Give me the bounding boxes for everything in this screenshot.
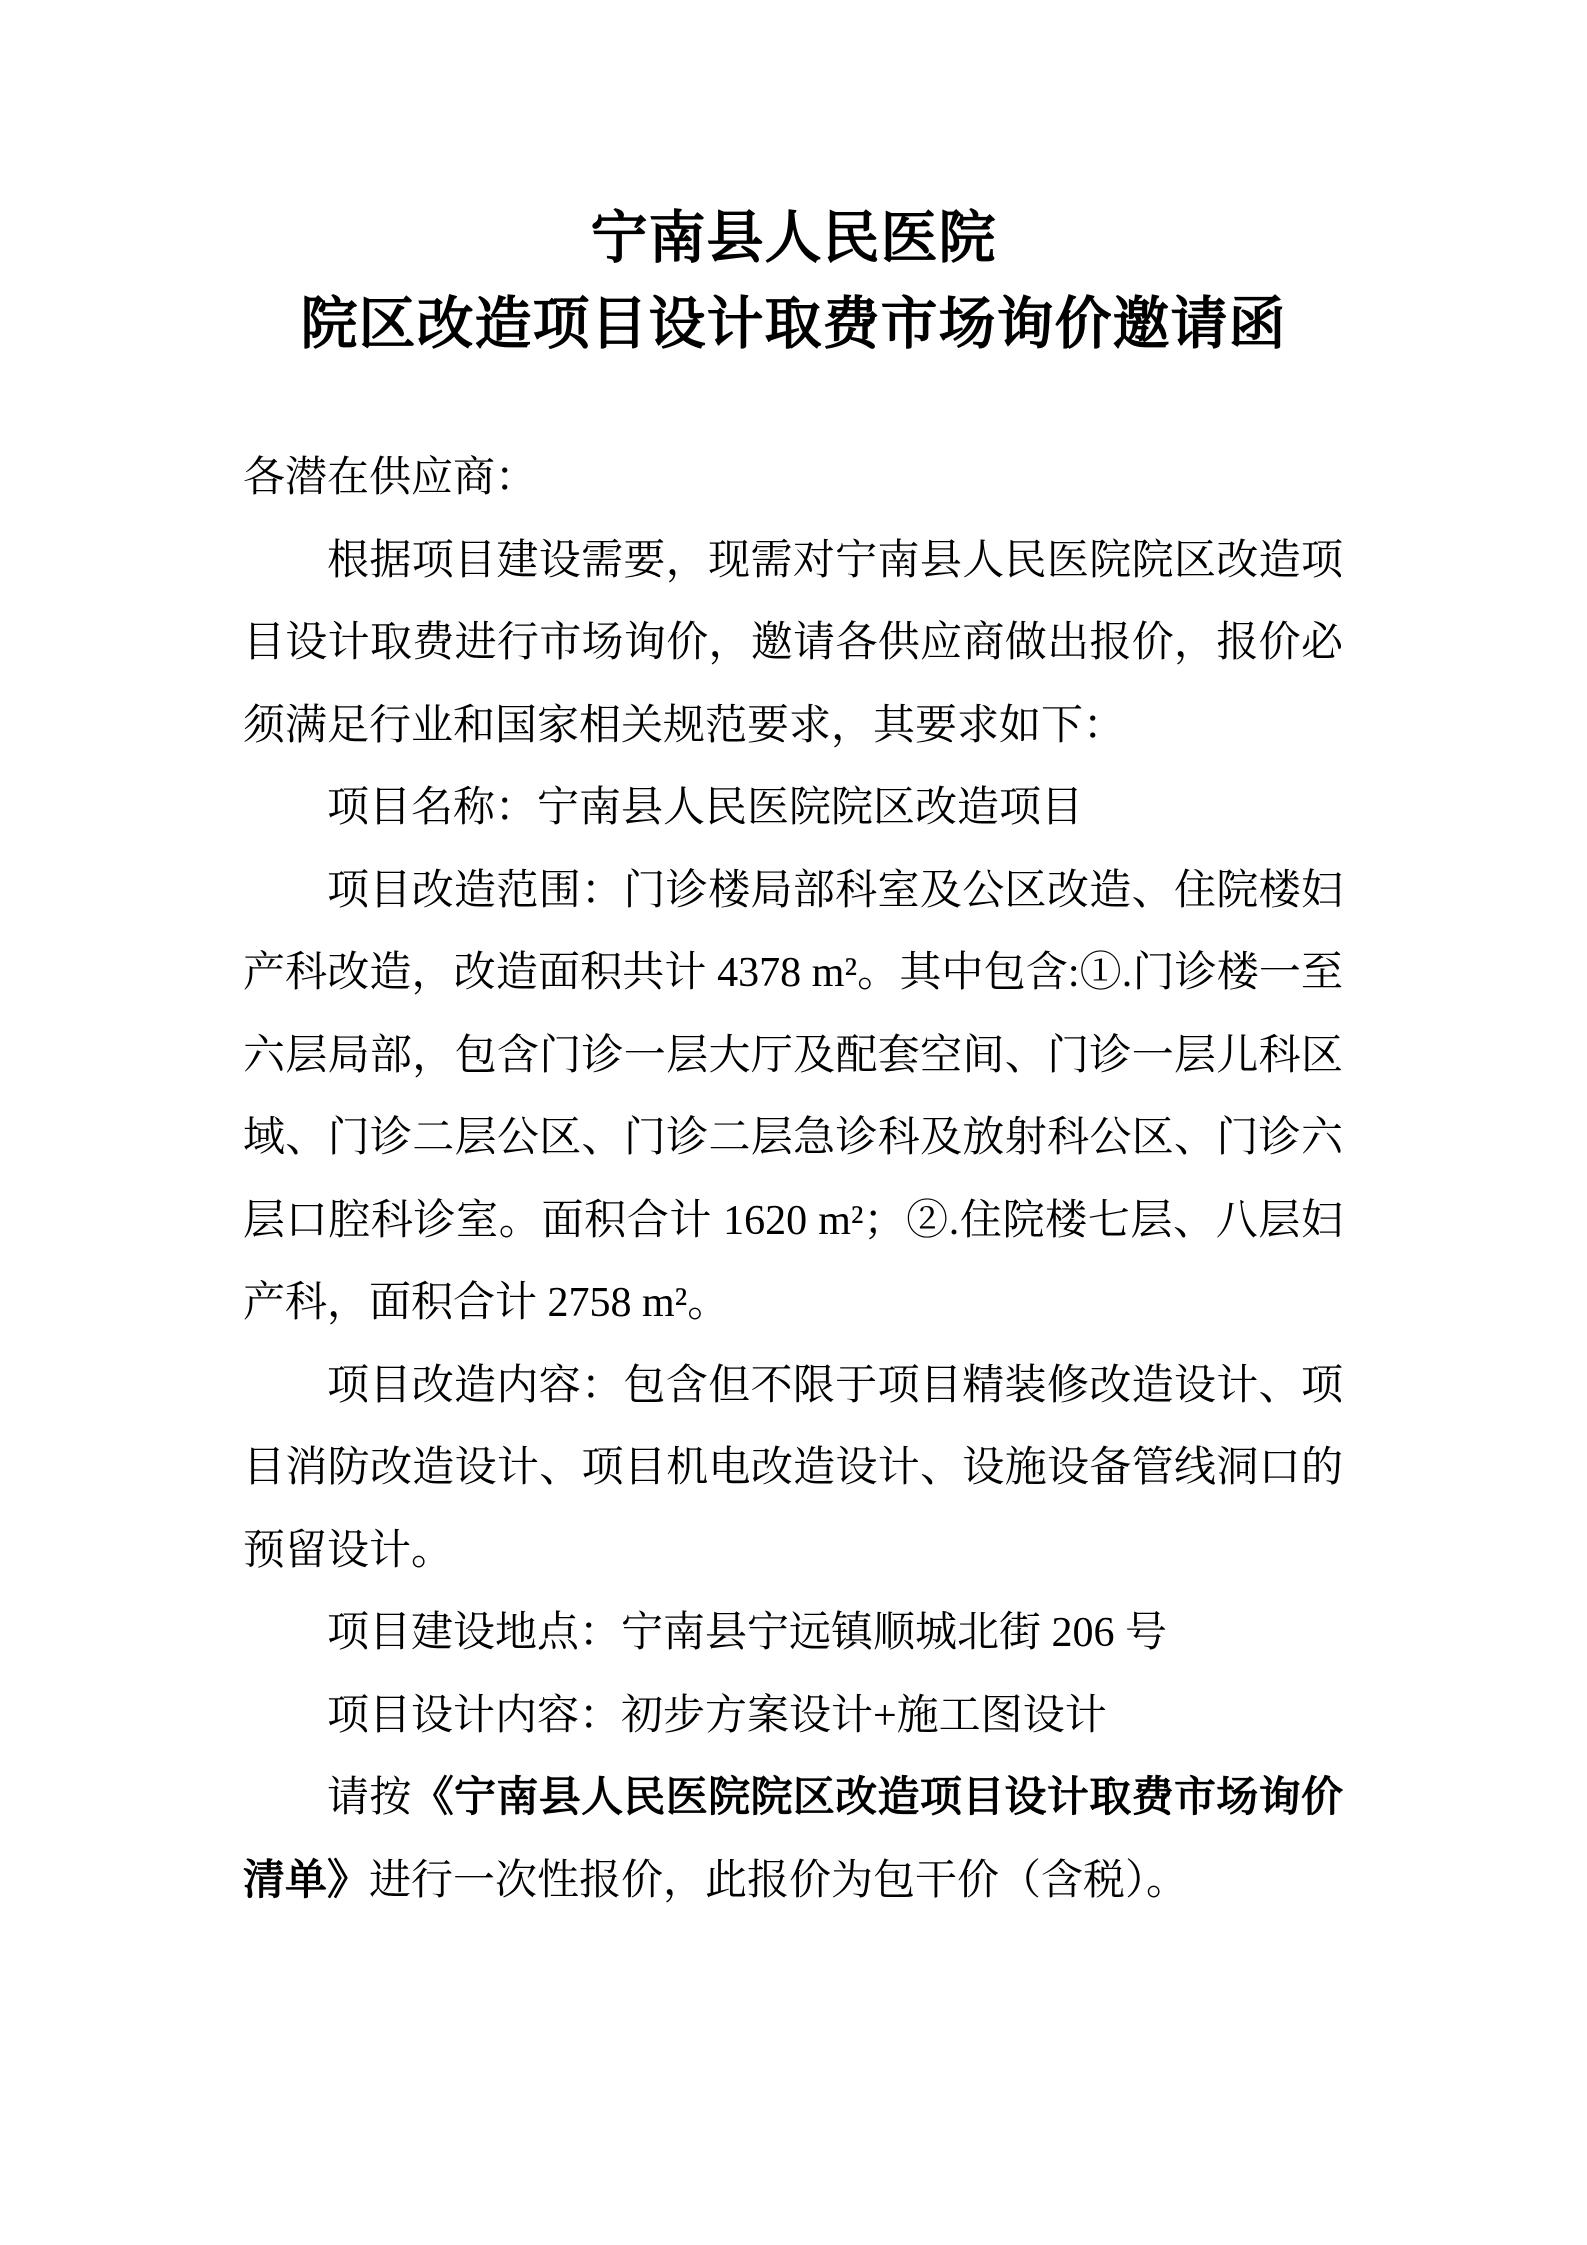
paragraph-renovation-content: 项目改造内容：包含但不限于项目精装修改造设计、项目消防改造设计、项目机电改造设计… [243,1345,1343,1593]
paragraph-intro: 根据项目建设需要，现需对宁南县人民医院院区改造项目设计取费进行市场询价，邀请各供… [243,520,1343,768]
document-title: 宁南县人民医院 院区改造项目设计取费市场询价邀请函 [0,196,1587,368]
quote-instruction-suffix: 进行一次性报价，此报价为包干价（含税）。 [369,1858,1188,1904]
paragraph-construction-location: 项目建设地点：宁南县宁远镇顺城北街 206 号 [243,1592,1343,1675]
paragraph-project-name: 项目名称：宁南县人民医院院区改造项目 [243,767,1343,850]
document-page: 宁南县人民医院 院区改造项目设计取费市场询价邀请函 各潜在供应商： 根据项目建设… [0,0,1587,2245]
document-body: 各潜在供应商： 根据项目建设需要，现需对宁南县人民医院院区改造项目设计取费进行市… [243,437,1343,1922]
salutation: 各潜在供应商： [243,437,1343,520]
document-title-line-2: 院区改造项目设计取费市场询价邀请函 [0,282,1587,368]
document-title-line-1: 宁南县人民医院 [0,196,1587,282]
quote-instruction-prefix: 请按 [327,1775,412,1821]
paragraph-design-content: 项目设计内容：初步方案设计+施工图设计 [243,1675,1343,1758]
paragraph-renovation-scope: 项目改造范围：门诊楼局部科室及公区改造、住院楼妇产科改造，改造面积共计 4378… [243,850,1343,1345]
paragraph-quote-instruction: 请按《宁南县人民医院院区改造项目设计取费市场询价清单》进行一次性报价，此报价为包… [243,1757,1343,1922]
